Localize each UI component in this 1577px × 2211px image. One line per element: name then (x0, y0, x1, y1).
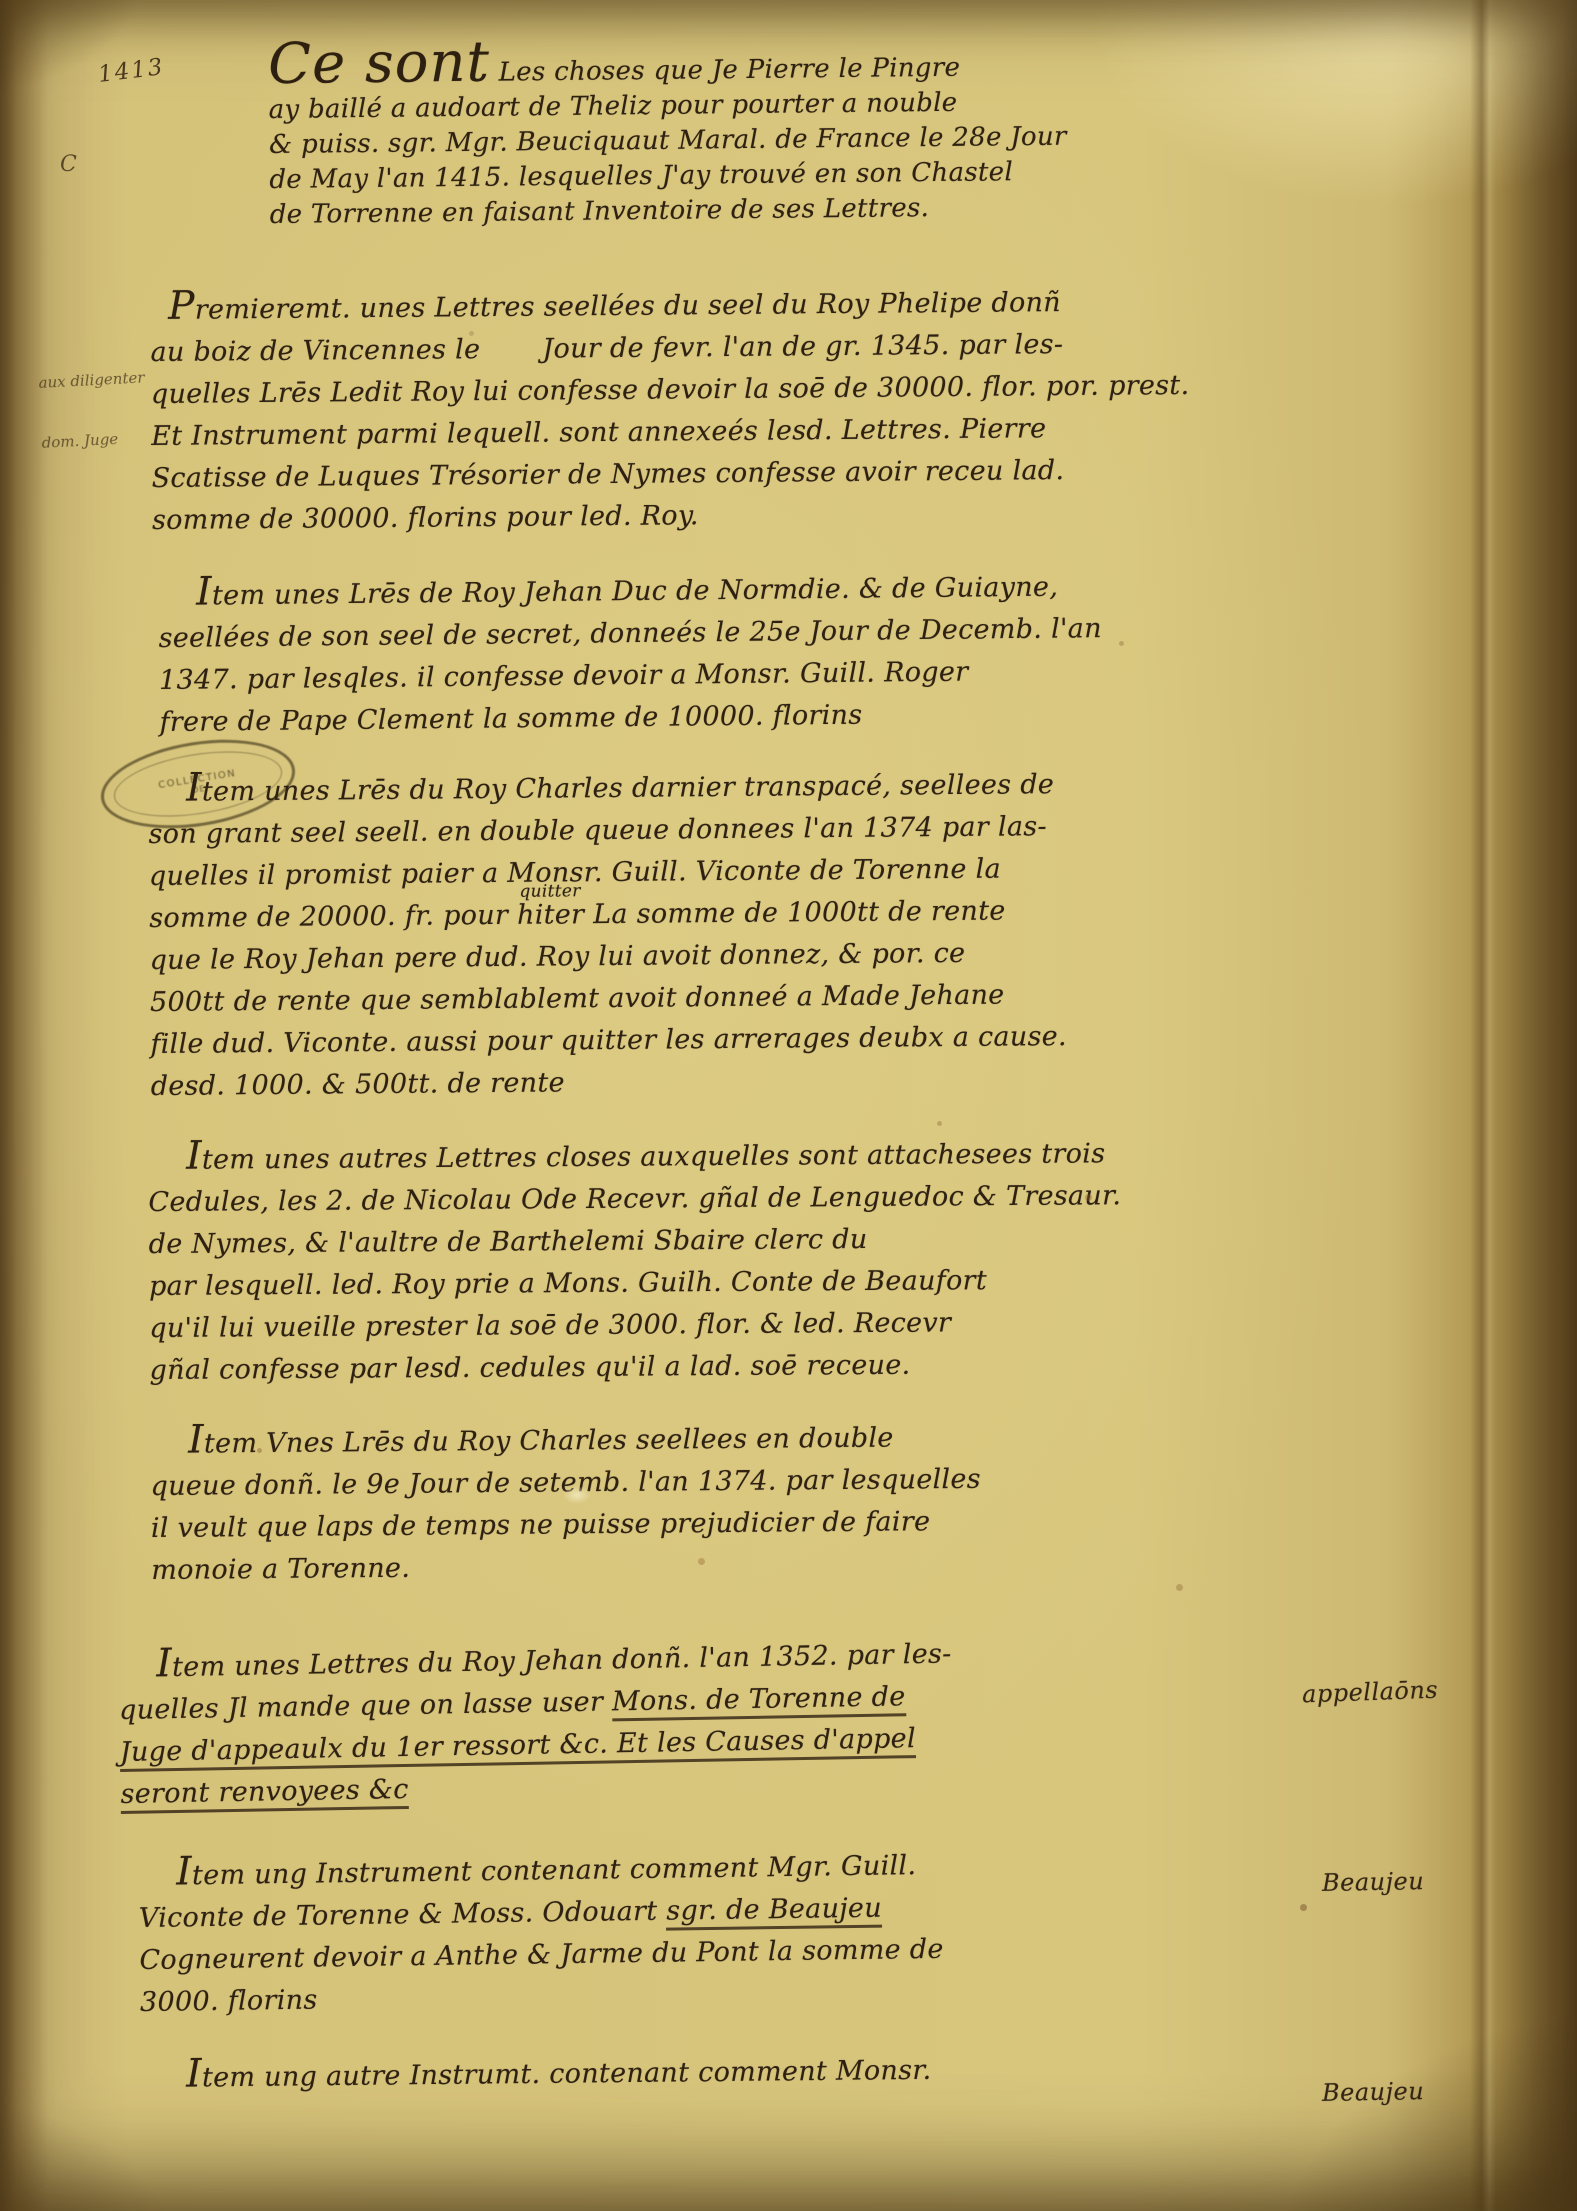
p6-line4-underlined: seront renvoyees &c (120, 1774, 409, 1814)
p4-line1: Item unes autres Lettres closes auxquell… (148, 1133, 1188, 1182)
p4-line2: Cedules, les 2. de Nicolau Ode Recevr. g… (148, 1175, 1188, 1224)
p3-line4-pre: somme de 20000. fr. pour (149, 900, 517, 934)
margin-note-beaujeu-2: Beaujeu (1322, 2077, 1425, 2107)
p7-line2-pre: Viconte de Torenne & Moss. Odouart (139, 1896, 667, 1934)
paragraph-item-4: Item Vnes Lrēs du Roy Charles seellees e… (150, 1415, 1151, 1592)
p8-line1: Item ung autre Instrumt. contenant comme… (148, 2046, 1268, 2100)
title-initial: Ce sont (268, 30, 490, 97)
paragraph-item-7: Item ung autre Instrumt. contenant comme… (148, 2046, 1268, 2100)
p7-line2-underlined: sgr. de Beaujeu (666, 1893, 882, 1931)
paragraph-item-5: Item unes Lettres du Roy Jehan donñ. l'a… (118, 1628, 1241, 1816)
p4-line3: de Nymes, & l'aultre de Barthelemi Sbair… (149, 1217, 1189, 1266)
p6-line2-underlined: Mons. de Torenne de (612, 1681, 906, 1721)
p3-line4-post: La somme de 1000tt de rente (584, 896, 1006, 931)
folio-number: 1413 (97, 54, 166, 88)
p5-line4: monoie a Torenne. (151, 1541, 1151, 1592)
margin-note-appellations: appellaōns (1302, 1676, 1439, 1709)
paragraph-item-2: Item unes Lrēs du Roy Charles darnier tr… (148, 763, 1191, 1108)
corner-mark: C (60, 152, 77, 177)
p4-line4: par lesquell. led. Roy prie a Mons. Guil… (149, 1259, 1189, 1308)
p3-line4-word: hiterquitter (517, 899, 585, 931)
manuscript-page: 1413 C aux diligenter dom. Juge Ce sont … (0, 0, 1577, 2211)
paper-fold (1470, 0, 1496, 2211)
paper-hole (563, 1486, 591, 1504)
p4-line5: qu'il lui vueille prester la soē de 3000… (149, 1301, 1189, 1350)
paragraph-item-3: Item unes autres Lettres closes auxquell… (148, 1133, 1190, 1392)
p3-line4-word-base: hiter (517, 899, 585, 931)
p3-line4-interlinear-correction: quitter (519, 883, 580, 901)
p4-line6: gñal confesse par lesd. cedules qu'il a … (149, 1343, 1189, 1392)
title-block: Ce sont Les choses que Je Pierre le Ping… (268, 39, 1150, 233)
p6-line2-pre: quelles Jl mande que on lasse user (119, 1686, 612, 1726)
paragraph-item-1: Item unes Lrēs de Roy Jehan Duc de Normd… (158, 565, 1170, 744)
margin-note-beaujeu-1: Beaujeu (1322, 1867, 1425, 1897)
paragraph-item-6: Item ung Instrument contenant comment Mg… (138, 1840, 1260, 2024)
p3-line8: desd. 1000. & 500tt. de rente (151, 1057, 1191, 1108)
paper-specks (0, 0, 3, 3)
p1-line6: somme de 30000. florins pour led. Roy. (152, 491, 1202, 542)
title-line-1-rest: Les choses que Je Pierre le Pingre (490, 53, 960, 88)
paragraph-premierement: Premieremt. unes Lettres seellées du see… (150, 281, 1202, 542)
